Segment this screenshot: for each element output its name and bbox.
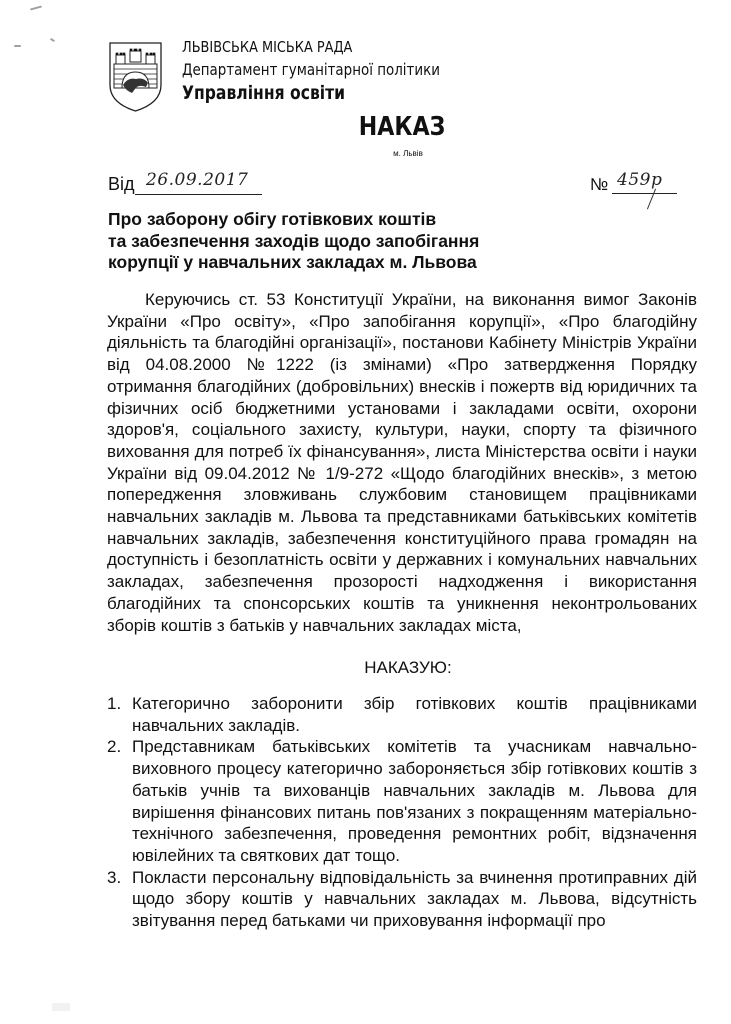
scan-artifact: [52, 1003, 70, 1011]
document-type-title: НАКАЗ: [55, 112, 676, 142]
item-number: 2.: [107, 736, 121, 758]
org-education-office: Управління освіти: [182, 82, 345, 104]
preamble-paragraph: Керуючись ст. 53 Конституції України, на…: [107, 289, 697, 636]
document-city: м. Львів: [0, 149, 731, 158]
handwritten-stroke: [647, 189, 656, 210]
item-number: 1.: [107, 693, 121, 715]
item-text: Представникам батьківських комітетів та …: [132, 737, 697, 865]
number-value: 459р: [617, 170, 662, 190]
item-number: 3.: [107, 867, 121, 889]
date-value: 26.09.2017: [146, 170, 248, 190]
subject-line: та забезпечення заходів щодо запобігання: [108, 231, 608, 253]
order-item: 3. Покласти персональну відповідальність…: [107, 867, 697, 932]
org-department: Департамент гуманітарної політики: [182, 60, 440, 79]
scan-artifact: [14, 45, 21, 47]
order-item: 1. Категорично заборонити збір готівкови…: [107, 693, 697, 736]
scan-artifact: [30, 5, 42, 10]
item-text: Категорично заборонити збір готівкових к…: [132, 694, 697, 735]
org-city-council: ЛЬВІВСЬКА МІСЬКА РАДА: [182, 38, 352, 56]
document-subject: Про заборону обігу готівкових коштів та …: [108, 209, 608, 274]
subject-line: корупції у навчальних закладах м. Львова: [108, 252, 608, 274]
number-underline: [612, 193, 677, 194]
lviv-coat-of-arms-icon: [108, 41, 163, 113]
date-underline: [135, 194, 262, 195]
item-text: Покласти персональну відповідальність за…: [132, 868, 697, 930]
subject-line: Про заборону обігу готівкових коштів: [108, 209, 608, 231]
order-item: 2. Представникам батьківських комітетів …: [107, 736, 697, 866]
scan-artifact: [50, 38, 55, 42]
order-heading: НАКАЗУЮ:: [0, 658, 731, 678]
number-label: №: [590, 175, 608, 195]
date-label: Від: [108, 174, 135, 195]
order-items-list: 1. Категорично заборонити збір готівкови…: [107, 693, 697, 932]
